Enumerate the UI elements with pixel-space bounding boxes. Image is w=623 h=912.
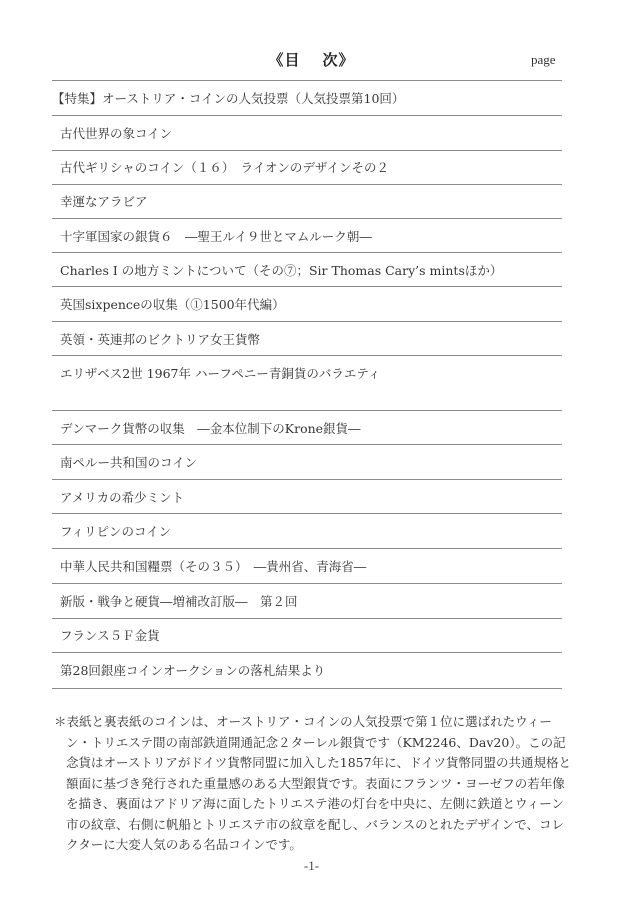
divider (52, 513, 562, 514)
title-open: 《目 (268, 51, 300, 69)
divider (52, 652, 562, 653)
toc-entry: フランス５Ｆ金貨 (60, 626, 160, 644)
toc-entry: 英領・英連邦のビクトリア女王貨幣 (60, 330, 260, 348)
toc-entry: 古代世界の象コイン (60, 124, 172, 142)
toc-entry: 南ペルー共和国のコイン (60, 453, 197, 471)
title-close: 次》 (323, 51, 355, 69)
divider (52, 321, 562, 322)
divider (52, 252, 562, 253)
divider (52, 184, 562, 185)
toc-entry: 第28回銀座コインオークションの落札結果より (60, 661, 325, 679)
divider (52, 355, 562, 356)
divider (52, 115, 562, 116)
divider (52, 479, 562, 480)
divider (52, 286, 562, 287)
toc-entry: 英国sixpenceの収集（①1500年代編） (60, 295, 285, 313)
page-column-label: page (531, 52, 556, 68)
toc-entry: 【特集】オーストリア・コインの人気投票（人気投票第10回） (52, 89, 404, 107)
divider (52, 444, 562, 445)
toc-entry: エリザベス2世 1967年 ハーフペニー青銅貨のバラエティ (60, 364, 380, 382)
divider (52, 150, 562, 151)
toc-entry: 十字軍国家の銀貨６ ―聖王ルイ９世とマムルーク朝― (60, 227, 372, 245)
toc-entry: 幸運なアラビア (60, 192, 148, 210)
page-number: -1- (0, 858, 623, 874)
toc-entry: 中華人民共和国糧票（その３５） ―貴州省、青海省― (60, 557, 366, 575)
toc-entry: アメリカの希少ミント (60, 488, 184, 506)
toc-entry: フィリピンのコイン (60, 522, 171, 540)
page-title: 《目次》 (0, 49, 623, 70)
toc-entry: 新版・戦争と硬貨―増補改訂版― 第２回 (60, 592, 298, 610)
divider (52, 583, 562, 584)
divider (52, 548, 562, 549)
divider (52, 688, 562, 689)
divider (52, 218, 562, 219)
divider (52, 618, 562, 619)
divider (52, 80, 562, 81)
toc-entry: Charles I の地方ミントについて（その⑦；Sir Thomas Cary… (60, 261, 502, 279)
cover-note-text: ＊表紙と裏表紙のコインは、オーストリア・コインの人気投票で第１位に選ばれたウィー… (54, 712, 574, 856)
toc-entry: デンマーク貨幣の収集 ―金本位制下のKrone銀貨― (60, 419, 361, 437)
cover-note: ＊表紙と裏表紙のコインは、オーストリア・コインの人気投票で第１位に選ばれたウィー… (54, 712, 574, 856)
toc-entry: 古代ギリシャのコイン（１６） ライオンのデザインその２ (60, 158, 389, 176)
divider (52, 410, 562, 411)
